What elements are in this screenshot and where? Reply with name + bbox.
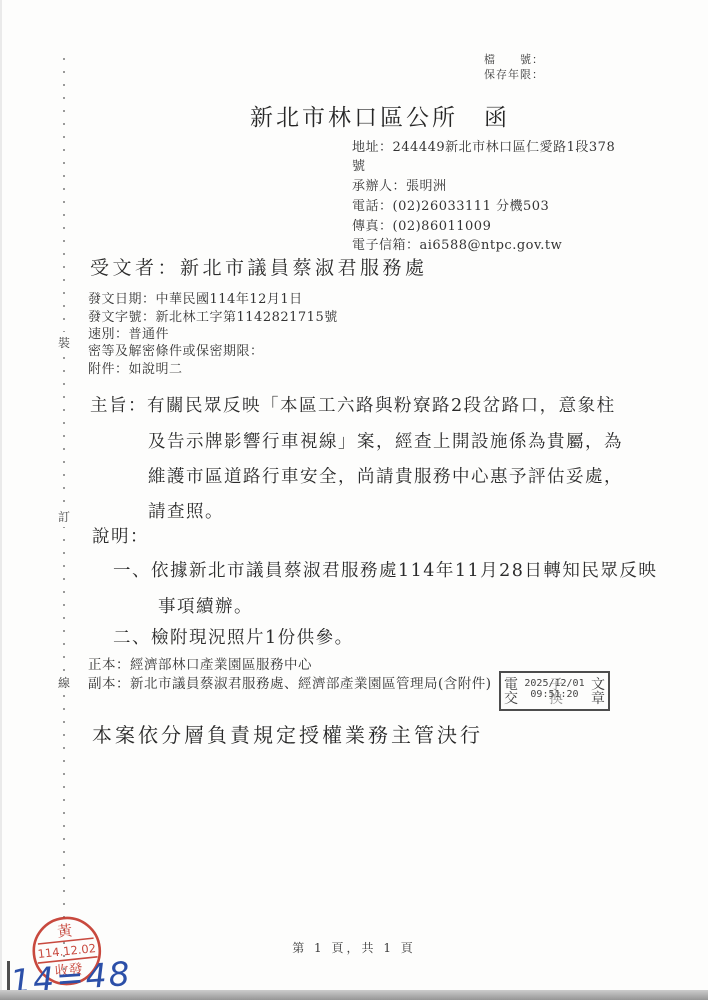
description-item1-line1: 一、依據新北市議員蔡淑君服務處114年11月28日轉知民眾反映 — [113, 561, 657, 583]
cc-copy-line: 副本：新北市議員蔡淑君服務處、經濟部產業園區管理局(含附件) — [88, 676, 492, 693]
file-number-label: 檔 號： — [484, 52, 544, 67]
binding-mark-bottom: 線 — [57, 672, 71, 693]
attachment-line: 附件：如說明二 — [88, 362, 183, 378]
speed-line: 速別：普通件 — [88, 327, 169, 343]
scan-left-edge — [0, 0, 2, 1000]
description-item2: 二、檢附現況照片1份供參。 — [113, 628, 354, 650]
description-item1-line2: 事項續辦。 — [158, 597, 253, 619]
original-copy-line: 正本：經濟部林口產業園區服務中心 — [88, 657, 312, 674]
electronic-exchange-stamp: 電 子 文 交 換 章 2025/12/01 09:51:20 — [499, 671, 610, 711]
sender-email: 電子信箱：ai6588@ntpc.gov.tw — [352, 238, 562, 254]
exchange-stamp-date: 2025/12/01 — [501, 678, 608, 689]
subject-line-1: 主旨：有關民眾反映「本區工六路與粉寮路2段岔路口，意象柱 — [90, 396, 616, 418]
sender-address-line2: 號 — [352, 159, 366, 175]
description-heading: 說明： — [92, 527, 149, 549]
authorization-line: 本案依分層負責規定授權業務主管決行 — [92, 723, 483, 748]
retention-period-label: 保存年限： — [484, 67, 544, 82]
document-title: 新北市林口區公所 函 — [250, 104, 510, 133]
recipient-line: 受文者：新北市議員蔡淑君服務處 — [90, 257, 428, 281]
subject-line-2: 及告示牌影響行車視線」案，經查上開設施係為貴屬，為 — [148, 432, 623, 454]
doc-number-line: 發文字號：新北林工字第1142821715號 — [88, 310, 338, 326]
scanned-official-letter: 裝 訂 線 檔 號： 保存年限： 新北市林口區公所 函 地址：244449新北市… — [0, 0, 708, 1000]
subject-line-4: 請查照。 — [148, 502, 224, 524]
issue-date-line: 發文日期：中華民國114年12月1日 — [88, 292, 303, 308]
security-line: 密等及解密條件或保密期限： — [88, 344, 264, 360]
sender-fax: 傳真：(02)86011009 — [352, 219, 491, 235]
sender-address-line1: 地址：244449新北市林口區仁愛路1段378 — [352, 140, 615, 156]
exchange-stamp-time: 09:51:20 — [501, 689, 608, 700]
binding-mark-top: 裝 — [57, 332, 71, 353]
subject-line-3: 維護市區道路行車安全，尚請貴服務中心惠予評估妥處， — [148, 467, 623, 489]
svg-text:黃: 黃 — [56, 921, 74, 941]
scan-bottom-band — [0, 990, 708, 1000]
binding-mark-middle: 訂 — [57, 506, 71, 527]
sender-contact-person: 承辦人：張明洲 — [352, 179, 447, 195]
sender-phone: 電話：(02)26033111 分機503 — [352, 199, 549, 215]
